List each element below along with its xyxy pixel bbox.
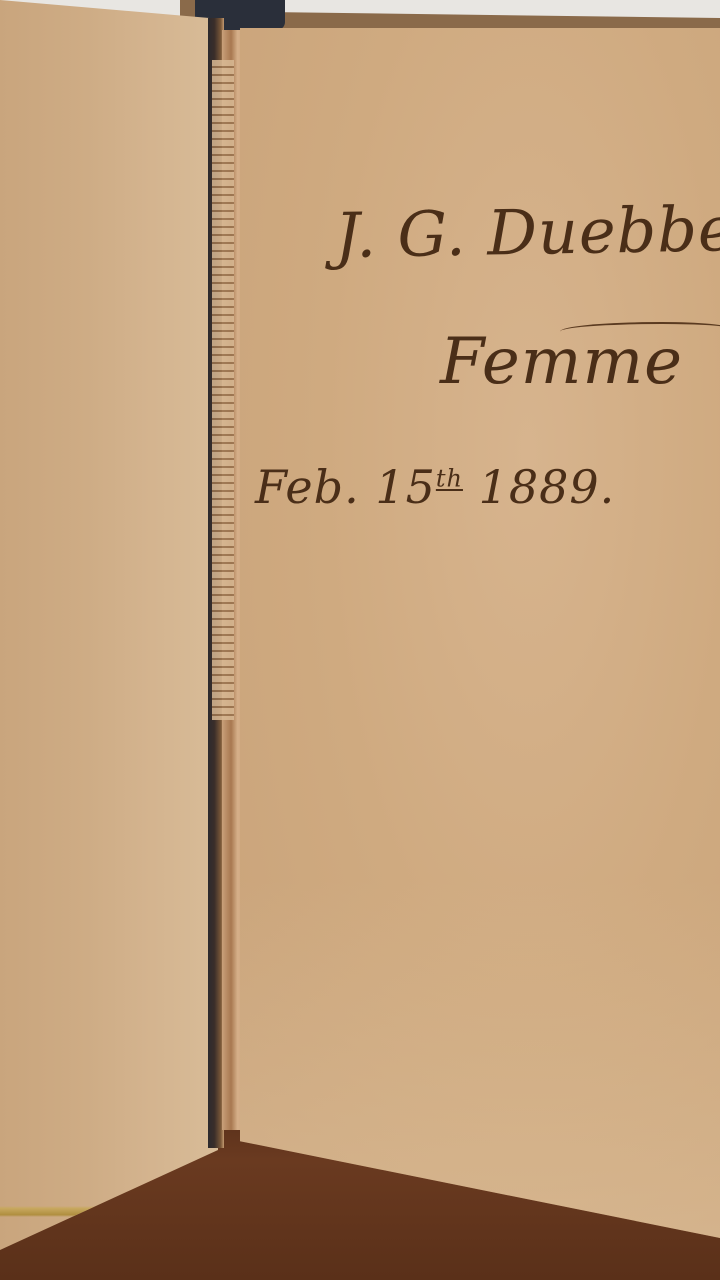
inscription-name: J. G. Duebberg: [334, 191, 720, 272]
book-photo: J. G. Duebberg Femme Feb. 15th 1889.: [0, 0, 720, 1280]
left-endpaper: [0, 0, 218, 1250]
date-year: 1889.: [479, 460, 616, 514]
torn-hinge-mesh: [212, 60, 234, 720]
inscription-place: Femme: [440, 325, 683, 399]
date-ordinal: th: [436, 465, 463, 493]
inscription-date: Feb. 15th 1889.: [255, 460, 615, 514]
date-day: Feb. 15: [255, 460, 436, 514]
